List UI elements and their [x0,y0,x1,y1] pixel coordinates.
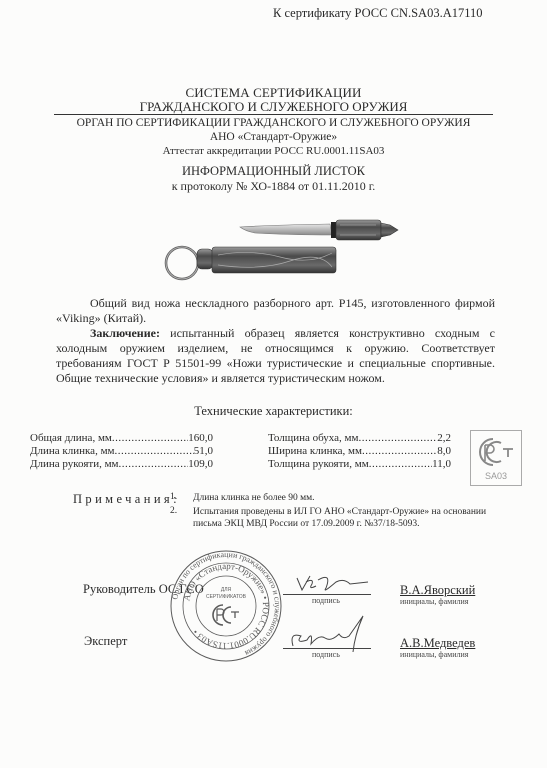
note-text: Испытания проведены в ИЛ ГО АНО «Стандар… [193,506,493,530]
gost-conformity-mark: SA03 [470,430,522,486]
spec-row: Общая длина, мм.........................… [30,432,213,445]
stamp-center-top: ДЛЯ [221,587,232,593]
document-title: ИНФОРМАЦИОННЫЙ ЛИСТОК [0,164,547,179]
note-text: Длина клинка не более 90 мм. [193,492,315,504]
signature-caption: подпись [312,650,340,659]
specs-title: Технические характеристики: [0,404,547,419]
accreditation: Аттестат аккредитации РОСС RU.0001.11SA0… [0,145,547,157]
notes-label: Примечания: [73,492,180,507]
signatory-role: Эксперт [84,634,127,649]
spec-row: Длина рукояти, мм.......................… [30,458,213,471]
knife-photo [150,205,420,285]
gost-mark-code: SA03 [471,471,521,481]
signature-caption: подпись [312,596,340,605]
note-number: 1. [170,492,177,502]
system-title-line2: ГРАЖДАНСКОГО И СЛУЖЕБНОГО ОРУЖИЯ [0,99,547,115]
svg-text:АНО «Стандарт-Оружие» • РОСС R: АНО «Стандарт-Оружие» • РОСС RU.0001.11S… [181,561,271,651]
conclusion-paragraph: Заключение: испытанный образец является … [56,326,495,386]
certification-organ: ОРГАН ПО СЕРТИФИКАЦИИ ГРАЖДАНСКОГО И СЛУ… [0,117,547,129]
spec-row: Толщина обуха, мм.......................… [268,432,451,445]
organization-stamp: Орган по сертификации гражданского и слу… [169,549,283,663]
conclusion-label: Заключение: [90,326,160,340]
signature-mark [292,570,372,596]
signatory-name: А.В.Медведев [400,636,475,651]
specs-left-column: Общая длина, мм.........................… [30,432,213,471]
protocol-reference: к протоколу № ХО-1884 от 01.11.2010 г. [0,179,547,194]
stamp-center-mid: СЕРТИФИКАТОВ [206,594,247,600]
description-text: Общий вид ножа нескладного разборного ар… [56,296,495,325]
stamp-pc-icon [213,605,239,625]
description-paragraph: Общий вид ножа нескладного разборного ар… [56,296,495,326]
header-divider [54,114,493,115]
spec-row: Толщина рукояти, мм.....................… [268,458,451,471]
note-number: 2. [170,506,177,516]
specs-right-column: Толщина обуха, мм.......................… [268,432,451,471]
spec-row: Длина клинка, мм........................… [30,445,213,458]
name-caption: инициалы, фамилия [400,597,468,606]
organization-name: АНО «Стандарт-Оружие» [0,131,547,143]
signatory-name: В.А.Яворский [400,583,475,598]
name-caption: инициалы, фамилия [400,650,468,659]
certificate-reference: К сертификату РОСС CN.SA03.A17110 [273,6,483,21]
stamp-inner-text: АНО «Стандарт-Оружие» • РОСС RU.0001.11S… [181,561,271,651]
signature-mark [285,610,370,654]
spec-row: Ширина клинка, мм.......................… [268,445,451,458]
